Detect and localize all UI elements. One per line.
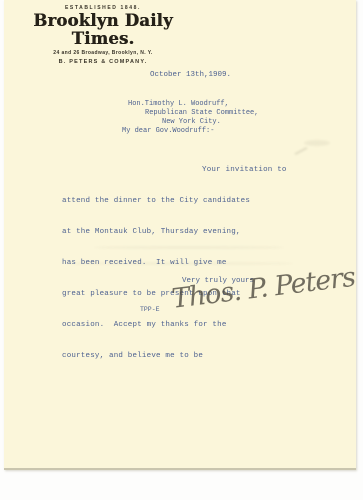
ink-ghosting [64,262,294,265]
body-line: courtesy, and believe me to be [62,349,320,364]
letter-paper: ESTABLISHED 1848. Brooklyn Daily Times. … [4,0,356,470]
recipient-org: Republican State Committee, [145,109,258,117]
body-line: at the Montauk Club, Thursday evening, [62,225,320,240]
body-line: Your invitation to [62,163,320,178]
date-line: October 13th,1909. [150,71,231,79]
body-line: attend the dinner to the City candidates [62,194,320,209]
recipient-city: New York City. [162,118,221,126]
recipient-name: Hon.Timothy L. Woodruff, [128,100,229,108]
salutation: My dear Gov.Woodruff:- [122,127,214,135]
typist-initials: TPP-E [140,306,160,313]
faint-handwriting-smudge [304,140,330,146]
ink-ghosting [94,246,284,249]
letterhead-company: B. PETERS & COMPANY. [14,59,192,65]
letterhead-address: 24 and 26 Broadway, Brooklyn, N. Y. [14,50,192,56]
body-line: occasion. Accept my thanks for the [62,318,320,333]
masthead-title: Brooklyn Daily Times. [14,12,192,48]
letterhead: ESTABLISHED 1848. Brooklyn Daily Times. … [14,5,192,65]
